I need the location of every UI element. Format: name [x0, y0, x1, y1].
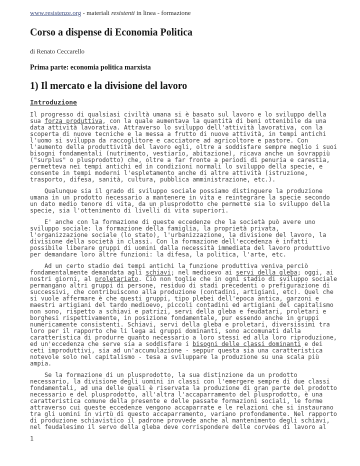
paragraph-plusprodotto: Se la formazione di un plusprodotto, la … — [30, 372, 346, 431]
document-viewport: www.resistenze.org - materiali resistent… — [0, 0, 360, 466]
paragraph-qualunque: Qualunque sia il grado di sviluppo socia… — [30, 188, 346, 214]
text-run: , con la quale aumentava la quantità di … — [30, 118, 337, 184]
paragraph-schiavi: Ad un certo stadio dei tempi antichi la … — [30, 263, 346, 367]
text-run: . Ciò non toglie che in ogni stadio di s… — [30, 276, 337, 348]
paragraph-progresso: Il progresso di qualsiasi civiltà umana … — [30, 112, 346, 184]
document-page: www.resistenze.org - materiali resistent… — [0, 0, 360, 466]
chapter-title: 1) Il mercato e la divisione del lavoro — [30, 80, 346, 92]
text-run: E' anche con la formazione di queste ecc… — [30, 219, 330, 259]
text-run: Qualunque sia il grado di sviluppo socia… — [30, 188, 330, 215]
site-link[interactable]: www.resistenze.org — [30, 9, 81, 17]
part-title: Prima parte: economia politica marxista — [30, 64, 346, 72]
site-header-line: www.resistenze.org - materiali resistent… — [30, 9, 346, 17]
course-title: Corso a dispense di Economia Politica — [30, 27, 346, 39]
text-run: - materiali — [81, 9, 111, 17]
page-number: 1 — [30, 436, 346, 443]
paragraph-eccedenze: E' anche con la formazione di queste ecc… — [30, 219, 346, 258]
author-byline: di Renato Ceccarello — [30, 48, 346, 56]
text-run: in linea - formazione — [135, 9, 191, 17]
text-run: Se la formazione di un plusprodotto, la … — [30, 372, 337, 431]
italic-text-run: resistenti — [111, 9, 135, 17]
section-heading-introduzione: Introduzione — [30, 99, 346, 107]
